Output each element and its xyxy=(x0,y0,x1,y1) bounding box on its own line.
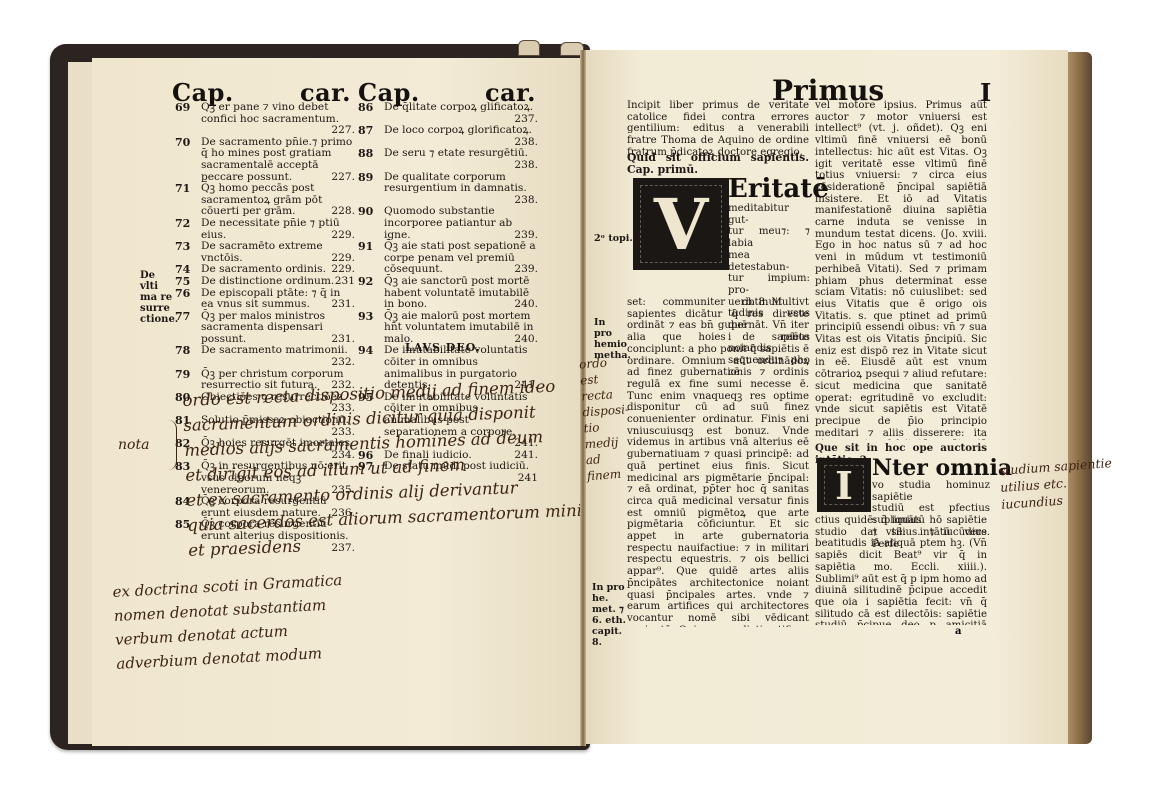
toc-entry: 87De loco corpoꝝ glorificatoꝝ. 238. xyxy=(358,125,538,148)
chapter-number: 87 xyxy=(358,125,384,148)
chapter-title: De sacramēto extreme vnctōis. 229. xyxy=(201,241,355,264)
colophon-laus-deo: LAVS DEO. xyxy=(405,341,480,354)
chapter-title: De qualitate corporum resurgentium in da… xyxy=(384,172,538,207)
text-line: vo studia hominuz sapiētie xyxy=(872,480,990,503)
chapter-number: 69 xyxy=(175,102,201,137)
chapter-number: 72 xyxy=(175,218,201,241)
chapter-number: 92 xyxy=(358,276,384,311)
chapter-title: Q̄ꝫ per malos ministros sacramenta dispe… xyxy=(201,311,355,346)
chapter-number: 76 xyxy=(175,288,201,311)
chapter-title: De sacramento pn̄ie.⁊ primo q̄ ho mines … xyxy=(201,137,355,183)
manuscript-nota: nota xyxy=(118,437,149,453)
page-ref: 231. xyxy=(331,299,355,311)
manuscript-bracket xyxy=(168,420,177,470)
toc-entry: 78De sacramento matrimonii. 232. xyxy=(175,345,355,368)
chapter-title: De sacramento matrimonii. 232. xyxy=(201,345,355,368)
chapter-number: 91 xyxy=(358,241,384,276)
chapter-number: 73 xyxy=(175,241,201,264)
side-note-resurrection: De vlti ma re surre ctione. xyxy=(140,270,174,325)
chapter-title: De q̄litate corpoꝝ glificatoꝝ. 237. xyxy=(384,102,538,125)
manuscript-annotation-grammar: ex doctrina scoti in Gramaticanomen deno… xyxy=(112,568,347,676)
chapter-title: Q̄ꝫ aie sanctorū post mortē habent volun… xyxy=(384,276,538,311)
chapter-title: Q̄ꝫ er pane ⁊ vino debet confici hoc sac… xyxy=(201,102,355,137)
toc-entry: 92Q̄ꝫ aie sanctorū post mortē habent vol… xyxy=(358,276,538,311)
page-ref: 240. xyxy=(514,299,538,311)
chapter-number: 78 xyxy=(175,345,201,368)
toc-entry: 69Q̄ꝫ er pane ⁊ vino debet confici hoc s… xyxy=(175,102,355,137)
chapter-number: 93 xyxy=(358,311,384,346)
toc-entry: 71Q̄ꝫ homo peccās post sacramentoꝝ grām … xyxy=(175,183,355,218)
chapter-title: Q̄ꝫ homo peccās post sacramentoꝝ grām pō… xyxy=(201,183,355,218)
chapter-number: 90 xyxy=(358,206,384,241)
chapter-title: De necessitate pn̄ie ⁊ ptiū eius. 229. xyxy=(201,218,355,241)
manuscript-annotation-right: studium sapientieutilius etc.iucundius xyxy=(998,454,1114,513)
page-ref: 231 xyxy=(335,276,355,288)
margin-note-ethica: In pro he. met. ⁊ 6. eth. capit. 8. xyxy=(592,582,626,648)
page-ref: 229. xyxy=(331,230,355,242)
chapter-number: 77 xyxy=(175,311,201,346)
toc-entry: 91Q̄ꝫ aie stati post sepationē a corpe p… xyxy=(358,241,538,276)
margin-note-topica: 2ᵒ topi. Ca. 6. xyxy=(594,233,666,244)
chapter-number: 88 xyxy=(358,148,384,171)
chapter-number: 86 xyxy=(358,102,384,125)
toc-entry: 70De sacramento pn̄ie.⁊ primo q̄ ho mine… xyxy=(175,137,355,183)
col2-body-text: vel motore ipsius. Primus aūt auctor ⁊ m… xyxy=(815,100,987,440)
chapter-title: Q̄ꝫ aie stati post sepationē a corpe pen… xyxy=(384,241,538,276)
chapter-title: De loco corpoꝝ glorificatoꝝ. 238. xyxy=(384,125,538,148)
toc-entry: 89De qualitate corporum resurgentium in … xyxy=(358,172,538,207)
page-ref: 232. xyxy=(331,357,355,369)
col2-tail-text: ctius quidē: q̄ iquātū hō sapiētie studi… xyxy=(815,515,987,625)
toc-entry: 77Q̄ꝫ per malos ministros sacramenta dis… xyxy=(175,311,355,346)
col1-body-text: set: communiter obtinuit vt sapientes di… xyxy=(627,297,809,627)
manuscript-annotation-main: ordo est recta dispositio medij ad finem… xyxy=(182,371,633,563)
opening-words-inter-omnia: Nter omnia xyxy=(872,455,1012,481)
chapter-title: De episcopali ptāte: ⁊ q̄ in ea vnus sit… xyxy=(201,288,355,311)
incipit: Incipit liber primus de veritate catolic… xyxy=(627,100,809,159)
chapter-1-heading: Quid sit officium sapientis. Cap. primū. xyxy=(627,152,809,175)
chapter-number: 70 xyxy=(175,137,201,183)
chapter-title: De seru ⁊ etate resurgētiū. 238. xyxy=(384,148,538,171)
toc-entry: 75De distinctione ordinum. 231 xyxy=(175,276,355,288)
chapter-title: De distinctione ordinum. 231 xyxy=(201,276,355,288)
toc-entry: 86De q̄litate corpoꝝ glificatoꝝ. 237. xyxy=(358,102,538,125)
toc-entry: 72De necessitate pn̄ie ⁊ ptiū eius. 229. xyxy=(175,218,355,241)
chapter-number: 75 xyxy=(175,276,201,288)
chapter-title: Quomodo substantie incorporee patiantur … xyxy=(384,206,538,241)
headband-left xyxy=(518,40,540,56)
decorated-initial-i: I xyxy=(817,458,871,512)
chapter-number: 71 xyxy=(175,183,201,218)
page-ref: 227. xyxy=(331,172,355,184)
decorated-initial-v: V xyxy=(633,178,729,270)
toc-entry: 73De sacramēto extreme vnctōis. 229. xyxy=(175,241,355,264)
chapter-number: 89 xyxy=(358,172,384,207)
opening-word-veritatem: Eritatē xyxy=(728,174,829,204)
page-ref: 238. xyxy=(514,195,538,207)
text-line: meditabitur gut- xyxy=(728,203,810,226)
toc-entry: 88De seru ⁊ etate resurgētiū. 238. xyxy=(358,148,538,171)
text-line: mea detestabun- xyxy=(728,250,810,273)
page-ref: 238. xyxy=(514,160,538,172)
toc-entry: 90Quomodo substantie incorporee patiantu… xyxy=(358,206,538,241)
toc-entry: 76De episcopali ptāte: ⁊ q̄ in ea vnus s… xyxy=(175,288,355,311)
signature-mark: a xyxy=(955,626,961,637)
text-line: tur meu⁊: ⁊ labia xyxy=(728,226,810,249)
text-line: tur impium: pro- xyxy=(728,273,810,296)
